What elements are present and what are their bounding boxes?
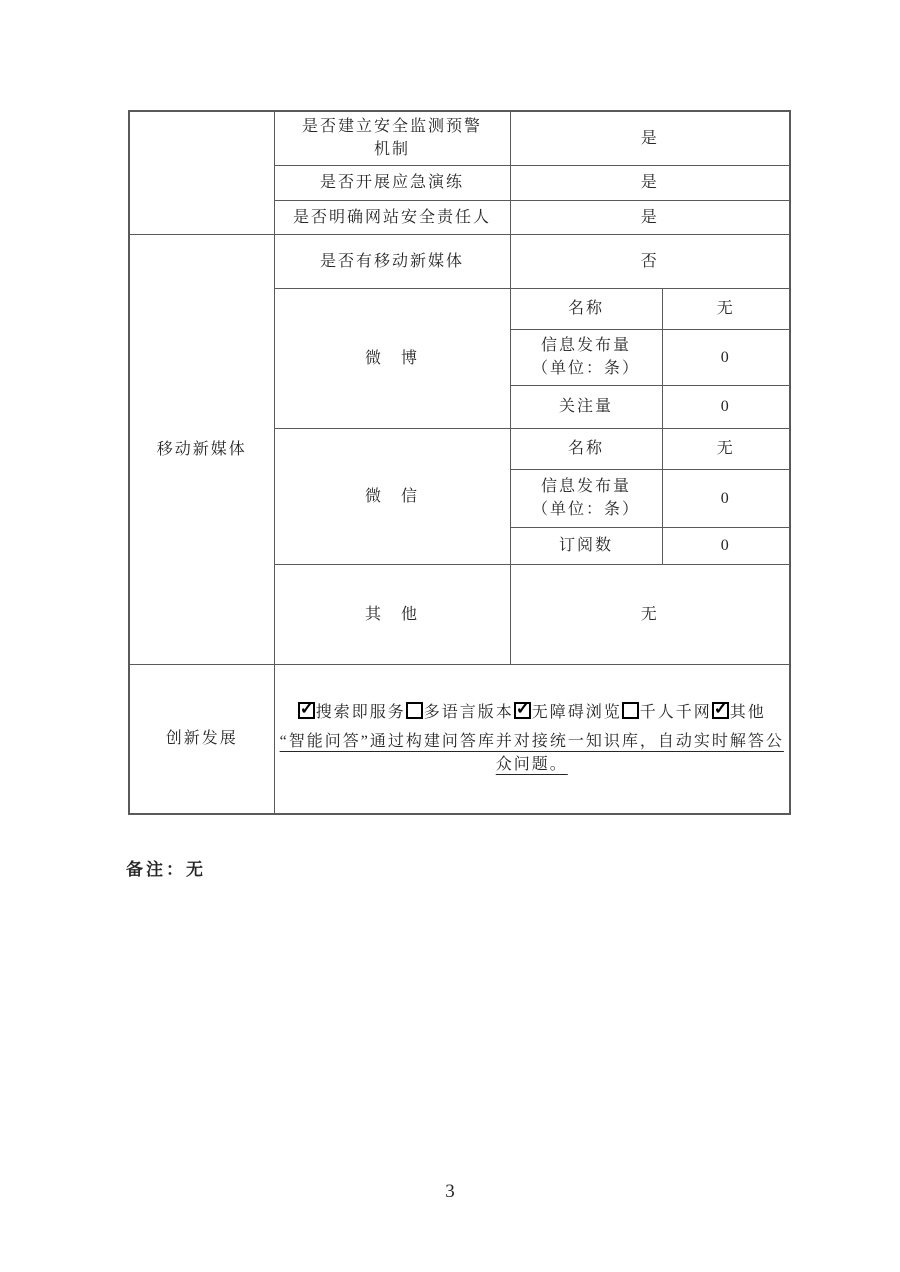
innovation-option-label: 多语言版本: [424, 704, 514, 721]
metric-value-cell: 0: [662, 527, 790, 564]
innovation-option: 搜索即服务: [298, 704, 406, 721]
unchecked-checkbox-icon: [622, 702, 639, 719]
metric-value-cell: 0: [662, 469, 790, 527]
document-page: 是否建立安全监测预警 机制 是 是否开展应急演练 是 是否明确网站安全责任人 是…: [0, 0, 900, 1272]
metric-name-cell: 名称: [510, 288, 662, 329]
innovation-option-label: 其他: [730, 704, 766, 721]
report-table: 是否建立安全监测预警 机制 是 是否开展应急演练 是 是否明确网站安全责任人 是…: [128, 110, 791, 815]
table-row: 移动新媒体 是否有移动新媒体 否: [129, 234, 790, 288]
innovation-option-label: 千人千网: [640, 704, 712, 721]
question-cell: 是否建立安全监测预警 机制: [274, 111, 510, 165]
note-text: 备注：无: [126, 855, 206, 880]
group-label-cell-mobile-media: 移动新媒体: [129, 234, 274, 664]
platform-label-cell-weibo: 微 博: [274, 288, 510, 428]
unchecked-checkbox-icon: [406, 702, 423, 719]
table-row: 创新发展 搜索即服务多语言版本无障碍浏览千人千网其他 “智能问答”通过构建问答库…: [129, 664, 790, 814]
question-cell: 是否明确网站安全责任人: [274, 200, 510, 234]
metric-name-cell: 信息发布量 （单位：条）: [510, 469, 662, 527]
answer-cell: 是: [510, 200, 790, 234]
metric-value-cell: 无: [662, 288, 790, 329]
group-label-cell-innovation: 创新发展: [129, 664, 274, 814]
answer-cell: 是: [510, 111, 790, 165]
answer-cell: 否: [510, 234, 790, 288]
answer-cell: 无: [510, 564, 790, 664]
innovation-checkbox-row: 搜索即服务多语言版本无障碍浏览千人千网其他: [298, 704, 766, 721]
innovation-option: 无障碍浏览: [514, 704, 622, 721]
innovation-description: “智能问答”通过构建问答库并对接统一知识库，自动实时解答公众问题。: [280, 733, 784, 773]
checked-checkbox-icon: [514, 702, 531, 719]
innovation-option: 其他: [712, 704, 766, 721]
question-cell: 是否开展应急演练: [274, 165, 510, 200]
innovation-description-wrap: “智能问答”通过构建问答库并对接统一知识库，自动实时解答公众问题。: [275, 730, 790, 776]
metric-value-cell: 0: [662, 385, 790, 428]
platform-label-cell-other: 其 他: [274, 564, 510, 664]
question-cell: 是否有移动新媒体: [274, 234, 510, 288]
metric-value-cell: 0: [662, 329, 790, 385]
innovation-option-label: 无障碍浏览: [532, 704, 622, 721]
group-label-cell: [129, 111, 274, 234]
checked-checkbox-icon: [712, 702, 729, 719]
metric-name-cell: 信息发布量 （单位：条）: [510, 329, 662, 385]
metric-name-cell: 名称: [510, 428, 662, 469]
innovation-option: 千人千网: [622, 704, 712, 721]
metric-name-cell: 关注量: [510, 385, 662, 428]
checked-checkbox-icon: [298, 702, 315, 719]
platform-label-cell-wechat: 微 信: [274, 428, 510, 564]
table-row: 是否建立安全监测预警 机制 是: [129, 111, 790, 165]
page-number: 3: [0, 1181, 900, 1203]
metric-name-cell: 订阅数: [510, 527, 662, 564]
innovation-option: 多语言版本: [406, 704, 514, 721]
innovation-content-cell: 搜索即服务多语言版本无障碍浏览千人千网其他 “智能问答”通过构建问答库并对接统一…: [274, 664, 790, 814]
metric-value-cell: 无: [662, 428, 790, 469]
innovation-option-label: 搜索即服务: [316, 704, 406, 721]
answer-cell: 是: [510, 165, 790, 200]
